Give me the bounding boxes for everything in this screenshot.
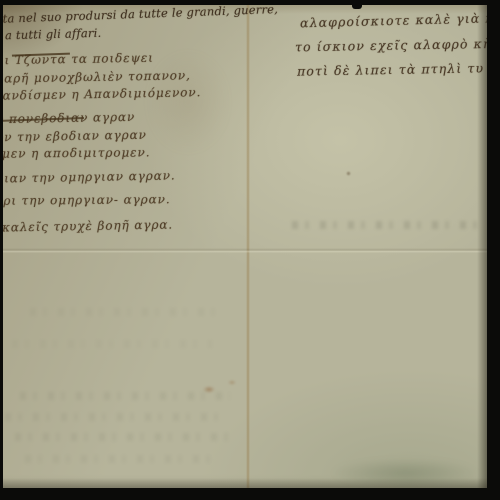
ink-bleedthrough-line: [292, 221, 488, 229]
ink-bleedthrough-line: [25, 455, 215, 463]
rust-stain: [228, 380, 236, 385]
manuscript-line-greek: ομεν η αποδιμιτρομεν.: [0, 145, 150, 160]
paper-edge-shadow: [0, 478, 500, 488]
manuscript-line-greek: καλεῖς τρυχὲ βοηῆ αγρα.: [2, 218, 173, 235]
manuscript-line-greek: το ίσκιον εχεῖς αλαφρὸ κὴ πες αποψ: [295, 35, 500, 55]
scan-edge-left: [0, 0, 3, 500]
ink-bleedthrough-line: [30, 308, 220, 316]
paper-edge-shadow: [477, 0, 487, 500]
horizontal-crease: [0, 248, 500, 253]
scan-edge-notch: [352, 0, 362, 9]
ink-bleedthrough-line: [15, 433, 237, 441]
ink-bleedthrough-line: [12, 340, 212, 348]
manuscript-line-italian: vita nel suo prodursi da tutte le grandi…: [0, 2, 278, 26]
manuscript-line-greek: ποτὶ δὲ λιπει τὰ πτηλὶ τυ: [297, 60, 484, 78]
manuscript-paper: vita nel suo prodursi da tutte le grandi…: [0, 0, 500, 500]
ink-speck: [346, 171, 351, 176]
scan-edge-bottom: [0, 488, 500, 500]
manuscript-line-greek: ν πονεβοδιαν αγραν: [0, 110, 135, 126]
manuscript-line-italian: a tutti gli affari.: [5, 26, 102, 43]
manuscript-line-greek: ερι την ομηργιαν- αγραν.: [0, 192, 171, 208]
rust-stain: [203, 386, 215, 393]
manuscript-line-greek: διαν την ομηργιαν αγραν.: [0, 168, 176, 185]
scan-edge-right: [487, 0, 500, 500]
ink-bleedthrough-line: [20, 392, 230, 400]
manuscript-line-greek: λι Τζωντα τα ποιδεψει: [0, 51, 154, 68]
manuscript-scan: vita nel suo prodursi da tutte le grandi…: [0, 0, 500, 500]
manuscript-line-greek: ον την εβοδιαν αγραν: [0, 128, 147, 145]
faint-smudge: [148, 52, 228, 152]
manuscript-line-greek: αλαφροίσκιοτε καλὲ γιὰ πὲς αποψ: [300, 9, 500, 31]
scan-edge-top: [0, 0, 500, 5]
ink-bleedthrough-line: [5, 413, 220, 421]
